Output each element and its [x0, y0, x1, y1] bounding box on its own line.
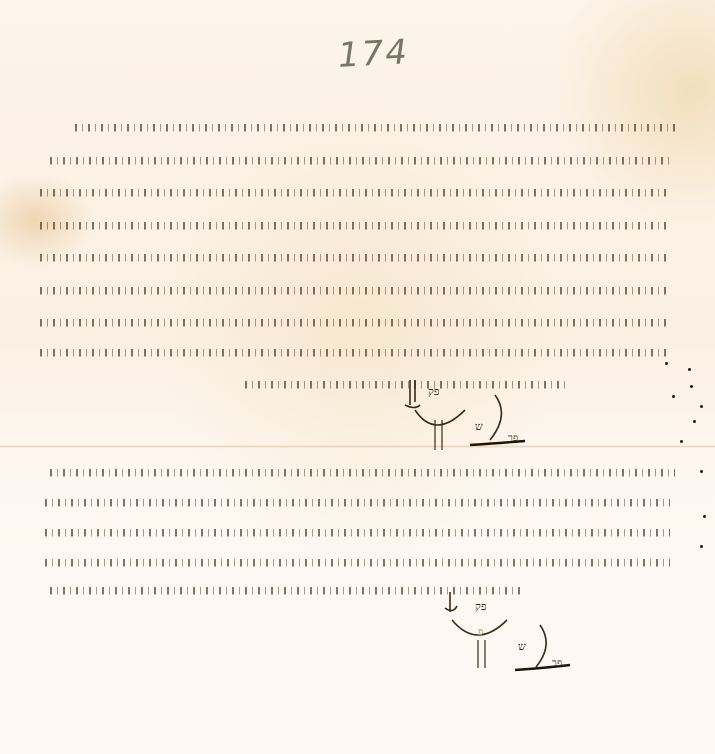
signature-2-icon: פק פ ש פר	[440, 590, 580, 680]
handwritten-line: [illegible Hebrew handwriting, line 3]	[40, 180, 670, 202]
svg-text:פר: פר	[508, 433, 518, 444]
svg-text:פר: פר	[552, 658, 562, 669]
svg-text:ש: ש	[518, 640, 526, 653]
handwritten-line: [illegible Hebrew handwriting, line 7]	[40, 310, 670, 332]
handwritten-line: [illegible Hebrew handwriting, line 2]	[50, 148, 670, 170]
paper-fold-crease	[0, 445, 715, 448]
svg-text:פק: פק	[428, 385, 440, 398]
handwritten-line: [illegible Hebrew handwriting, line 2]	[45, 490, 670, 512]
handwritten-line: [illegible Hebrew handwriting, line 8]	[40, 340, 670, 362]
handwritten-line: [illegible Hebrew handwriting, line 1]	[50, 460, 675, 482]
manuscript-page: 174 [illegible Hebrew handwriting, line …	[0, 0, 715, 754]
handwritten-line: [illegible Hebrew handwriting, line 5]	[40, 245, 670, 267]
handwritten-line: [illegible Hebrew handwriting, line 3]	[45, 520, 670, 542]
svg-text:פק: פק	[475, 600, 487, 613]
handwritten-line: [illegible Hebrew handwriting, line 1]	[75, 115, 675, 137]
handwritten-line: [illegible Hebrew handwriting, line 4]	[40, 213, 670, 235]
folio-number: 174	[337, 32, 410, 76]
svg-text:פ: פ	[478, 627, 483, 638]
handwritten-line: [illegible Hebrew handwriting, line 6]	[40, 278, 670, 300]
signature-1-icon: פק ש פר	[400, 375, 540, 455]
handwritten-line: [illegible Hebrew handwriting, line 4]	[45, 550, 670, 572]
svg-text:ש: ש	[475, 420, 483, 433]
